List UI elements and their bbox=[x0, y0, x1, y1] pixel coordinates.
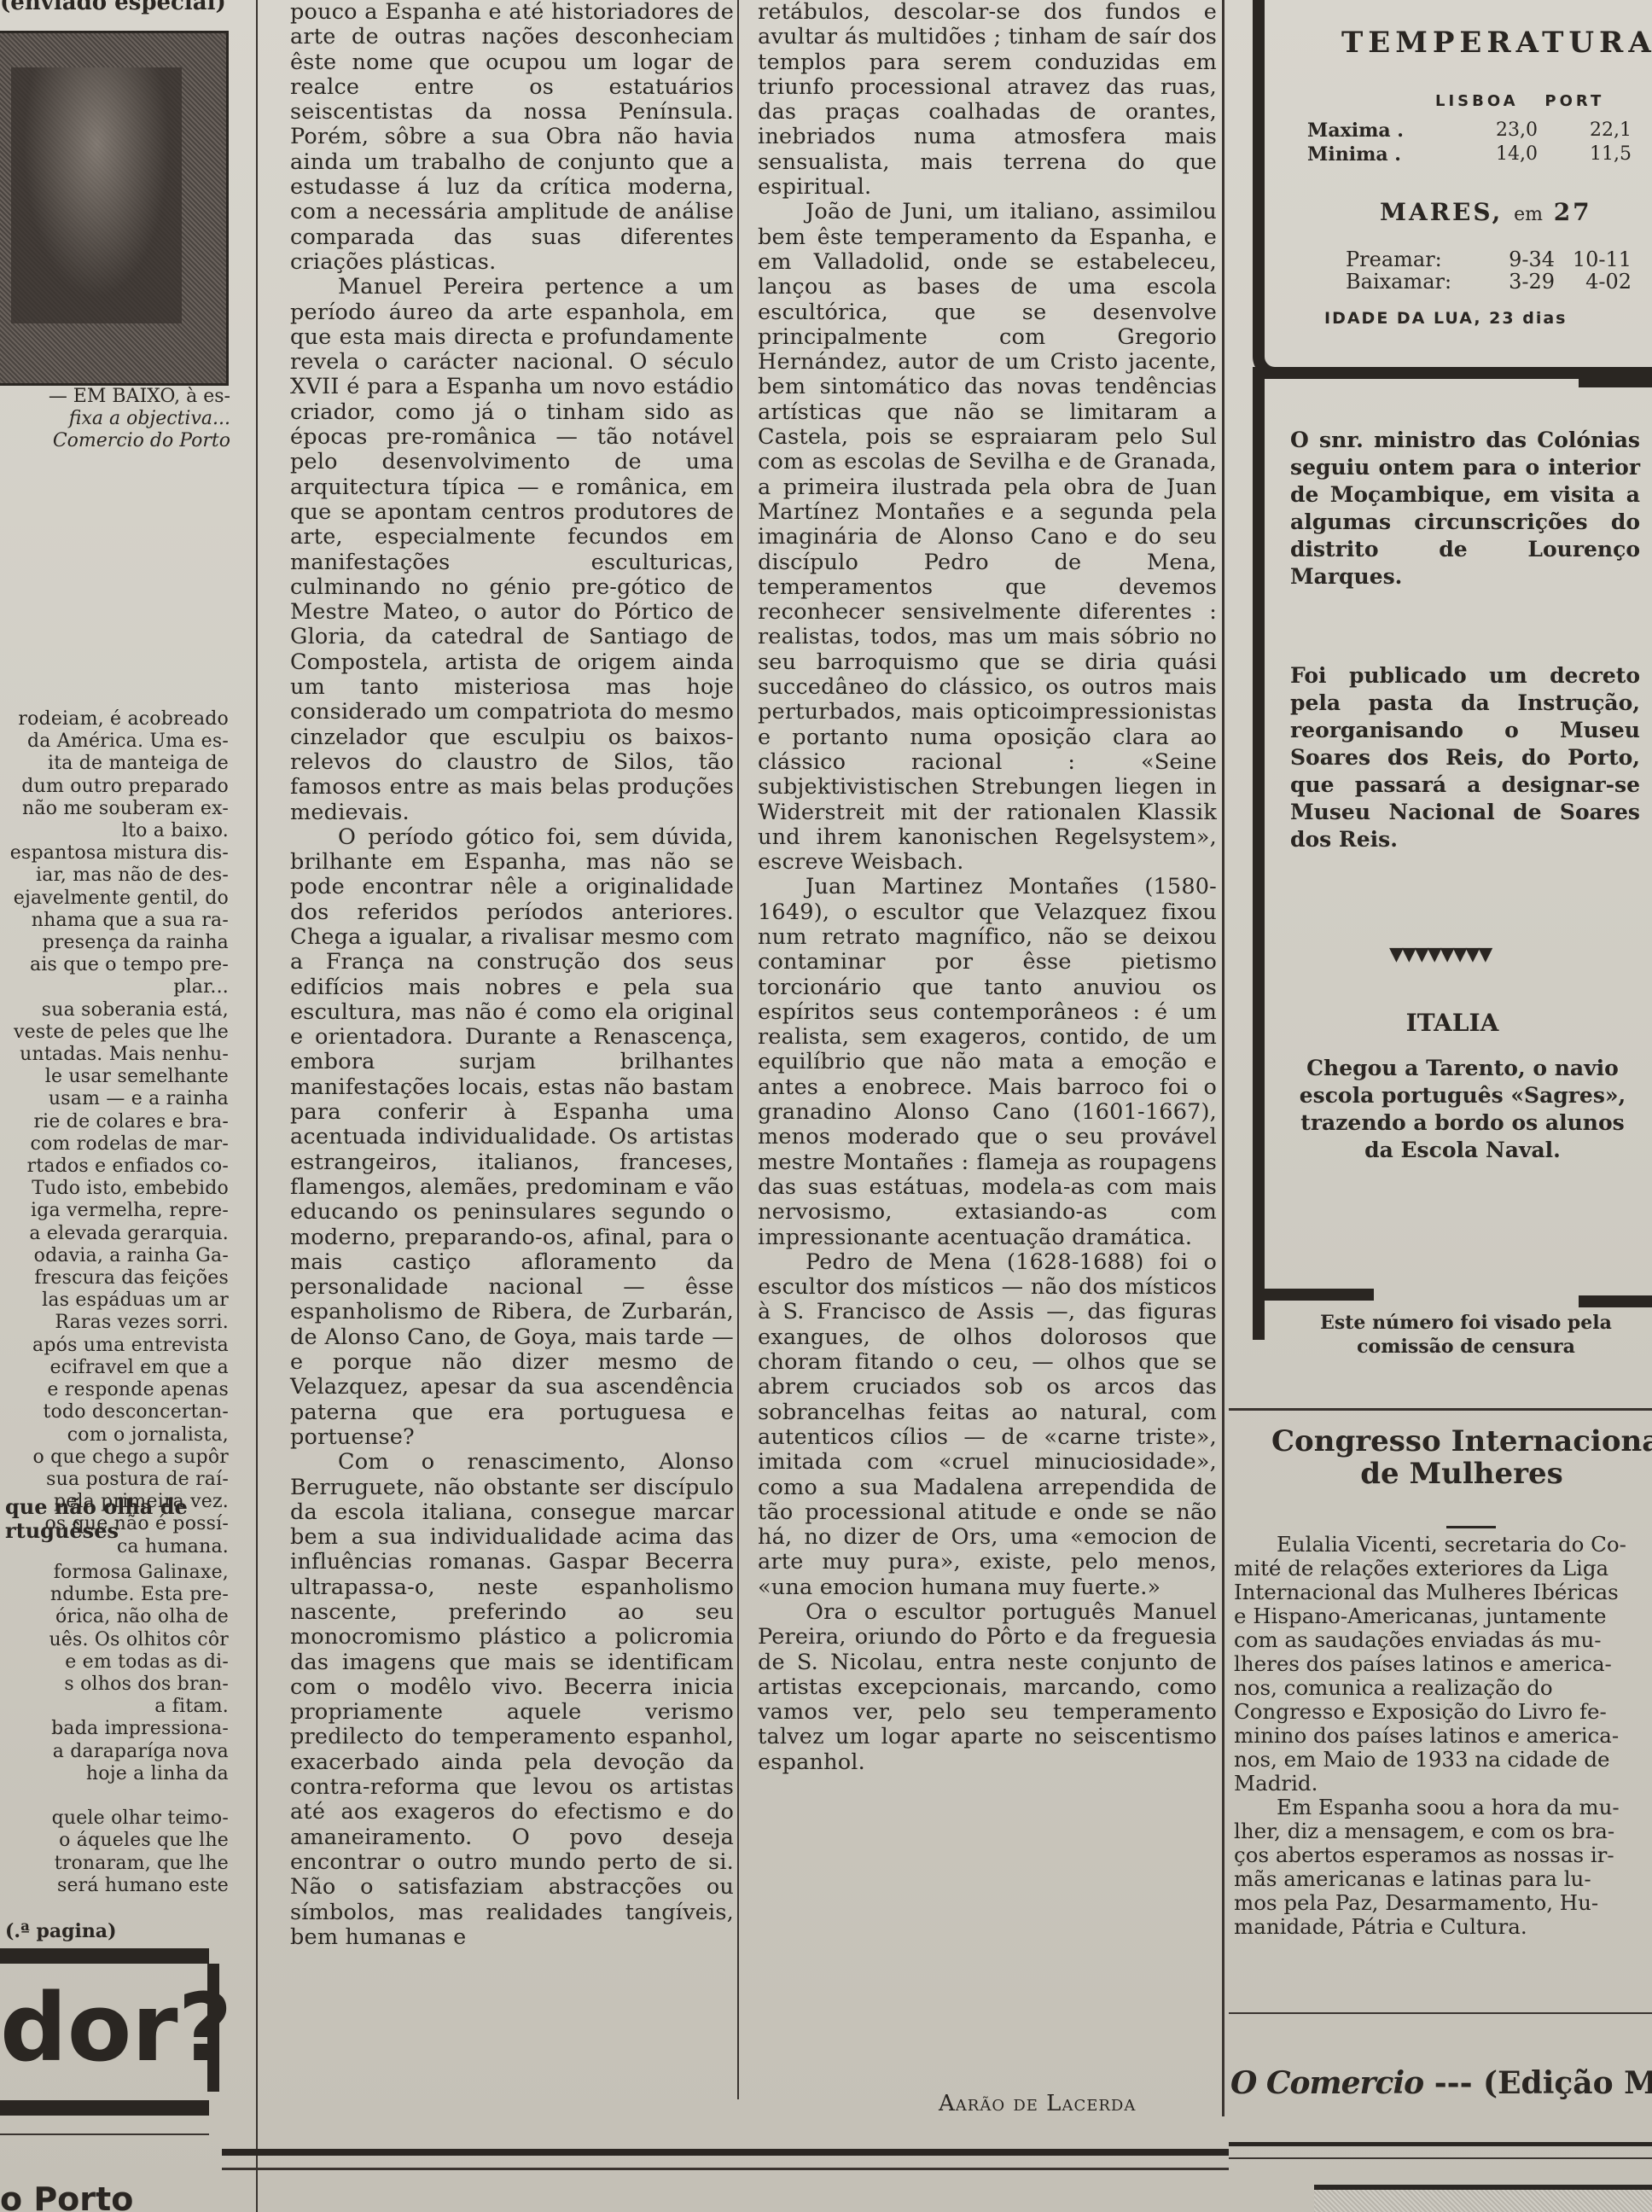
text-line: rie de colares e bra- bbox=[0, 1111, 229, 1133]
left-article-text-2: formosa Galinaxe,ndumbe. Esta pre-órica,… bbox=[0, 1562, 229, 1897]
text-line: dum outro preparado bbox=[0, 776, 229, 798]
text-line: com rodelas de mar- bbox=[0, 1133, 229, 1155]
text-line: sua postura de raí- bbox=[0, 1469, 229, 1491]
censorship-note: Este número foi visado pela comissão de … bbox=[1278, 1311, 1652, 1359]
text-line: lheres dos países latinos e america- bbox=[1234, 1652, 1652, 1676]
advertisement-box: dor? bbox=[0, 1948, 209, 2116]
text-line: iar, mas não de des- bbox=[0, 864, 229, 887]
continued-label: (.ª pagina) bbox=[5, 1920, 116, 1942]
divider bbox=[1229, 2012, 1652, 2014]
ad-bar bbox=[207, 1964, 219, 2092]
text-line: mité de relações exteriores da Liga bbox=[1234, 1557, 1652, 1580]
box-rule bbox=[1265, 367, 1374, 379]
text-line: mos pela Paz, Desarmamento, Hu- bbox=[1234, 1891, 1652, 1915]
photo-figure bbox=[11, 67, 182, 323]
text-line: não me souberam ex- bbox=[0, 798, 229, 820]
ornament-triangles: ▼▼▼▼▼▼▼▼ bbox=[1389, 944, 1491, 965]
weather-row-max: Maxima . 23,0 22,1 bbox=[1307, 119, 1632, 142]
paragraph: João de Juni, um italiano, assimilou bem… bbox=[758, 200, 1217, 875]
text-line: a fitam. bbox=[0, 1696, 229, 1718]
title-rule bbox=[1446, 1526, 1496, 1528]
text-line: mãs americanas e latinas para lu- bbox=[1234, 1867, 1652, 1891]
weather-cities: LISBOA PORT bbox=[1435, 92, 1604, 110]
text-line: com as saudações enviadas ás mu- bbox=[1234, 1628, 1652, 1652]
congresso-title: Congresso Internacional de Mulheres bbox=[1271, 1425, 1652, 1490]
text-line: e Hispano-Americanas, juntamente bbox=[1234, 1604, 1652, 1628]
tides-title: MARES, em 27 bbox=[1380, 198, 1592, 226]
divider bbox=[1229, 2157, 1652, 2159]
text-line: ecifravel em que a bbox=[0, 1357, 229, 1379]
moon-age: IDADE DA LUA, 23 dias bbox=[1324, 309, 1567, 328]
top-caption: (enviado especial) bbox=[0, 0, 226, 15]
text-line: Tudo isto, embebido bbox=[0, 1178, 229, 1200]
notice-ministro: O snr. ministro das Colónias seguiu onte… bbox=[1290, 427, 1640, 591]
photo-caption: — EM BAIXO, à es- fixa a objectiva... Co… bbox=[0, 386, 230, 452]
text-line: ejavelmente gentil, do bbox=[0, 888, 229, 910]
text-line: tronaram, que lhe bbox=[0, 1853, 229, 1875]
news-photo bbox=[0, 31, 229, 386]
text-line: untadas. Mais nenhu- bbox=[0, 1044, 229, 1066]
text-line: las espáduas um ar bbox=[0, 1289, 229, 1312]
text-line: ndumbe. Esta pre- bbox=[0, 1584, 229, 1606]
notice-decreto: Foi publicado um decreto pela pasta da I… bbox=[1290, 662, 1640, 853]
text-line: Em Espanha soou a hora da mu- bbox=[1234, 1796, 1652, 1819]
text-line: frescura das feições bbox=[0, 1267, 229, 1289]
text-line: plar... bbox=[0, 976, 229, 998]
box-rule bbox=[1579, 375, 1652, 387]
text-line: nos, em Maio de 1933 na cidade de bbox=[1234, 1748, 1652, 1772]
text-line: presença da rainha bbox=[0, 932, 229, 954]
divider bbox=[1229, 1408, 1652, 1411]
box-rule bbox=[1265, 1289, 1374, 1301]
text-line: odavia, a rainha Ga- bbox=[0, 1245, 229, 1267]
text-line: lher, diz a mensagem, e com os bra- bbox=[1234, 1819, 1652, 1843]
text-line: da América. Uma es- bbox=[0, 731, 229, 753]
text-line: Raras vezes sorri. bbox=[0, 1312, 229, 1334]
text-line: minino dos países latinos e america- bbox=[1234, 1724, 1652, 1748]
column-rule bbox=[1222, 0, 1224, 2116]
weather-box: TEMPERATURA LISBOA PORT Maxima . 23,0 22… bbox=[1253, 0, 1652, 379]
text-line: rodeiam, é acobreado bbox=[0, 708, 229, 731]
text-line: ais que o tempo pre- bbox=[0, 954, 229, 976]
masthead-footer: O Comercio --- (Edição Mensal bbox=[1230, 2065, 1652, 2101]
article-column-2: retábulos, descolar-se dos fundos e avul… bbox=[758, 0, 1217, 1775]
text-line: sua soberania está, bbox=[0, 999, 229, 1022]
congresso-body: Eulalia Vicenti, secretaria do Co-mité d… bbox=[1234, 1533, 1652, 1939]
text-line: a elevada gerarquia. bbox=[0, 1223, 229, 1245]
article-signature: Aarão de Lacerda bbox=[939, 2091, 1136, 2116]
text-line: rtados e enfiados co- bbox=[0, 1155, 229, 1178]
divider bbox=[222, 2168, 1229, 2170]
text-line: bada impressiona- bbox=[0, 1718, 229, 1740]
text-line: o áqueles que lhe bbox=[0, 1830, 229, 1852]
paragraph: Ora o escultor português Manuel Pereira,… bbox=[758, 1600, 1217, 1775]
text-line: hoje a linha da bbox=[0, 1763, 229, 1785]
notice-italia: Chegou a Tarento, o navio escola portugu… bbox=[1283, 1055, 1642, 1164]
text-line: todo desconcertan- bbox=[0, 1401, 229, 1423]
text-line: será humano este bbox=[0, 1875, 229, 1897]
text-line: espantosa mistura dis- bbox=[0, 842, 229, 864]
text-line: a daraparíga nova bbox=[0, 1741, 229, 1763]
left-subheading: que não olha de rtuguêses bbox=[5, 1495, 229, 1543]
text-line: usam — e a rainha bbox=[0, 1088, 229, 1110]
article-column-1: pouco a Espanha e até historiadores de a… bbox=[290, 0, 734, 1950]
text-line: Madrid. bbox=[1234, 1772, 1652, 1796]
divider bbox=[1229, 2142, 1652, 2146]
text-line: Eulalia Vicenti, secretaria do Co- bbox=[1234, 1533, 1652, 1557]
paragraph: pouco a Espanha e até historiadores de a… bbox=[290, 0, 734, 275]
newspaper-page: (enviado especial) — EM BAIXO, à es- fix… bbox=[0, 0, 1652, 2212]
text-line: formosa Galinaxe, bbox=[0, 1562, 229, 1584]
text-line: veste de peles que lhe bbox=[0, 1022, 229, 1044]
left-article-text: rodeiam, é acobreadoda América. Uma es-i… bbox=[0, 708, 229, 1558]
text-line: Congresso e Exposição do Livro fe- bbox=[1234, 1700, 1652, 1724]
column-rule bbox=[737, 0, 739, 2099]
text-line: nhama que a sua ra- bbox=[0, 910, 229, 932]
tide-row-low: Baixamar: 3-29 4-02 bbox=[1346, 270, 1632, 294]
text-line: com o jornalista, bbox=[0, 1424, 229, 1447]
text-line: e responde apenas bbox=[0, 1379, 229, 1401]
text-line: ita de manteiga de bbox=[0, 753, 229, 775]
text-line: uês. Os olhitos côr bbox=[0, 1629, 229, 1651]
paragraph: Pedro de Mena (1628-1688) foi o escultor… bbox=[758, 1250, 1217, 1600]
text-line: órica, não olha de bbox=[0, 1606, 229, 1628]
ad-text: dor? bbox=[0, 1972, 232, 2083]
text-line: e em todas as di- bbox=[0, 1651, 229, 1674]
text-line: o que chego a supôr bbox=[0, 1447, 229, 1469]
text-line bbox=[0, 1785, 229, 1807]
text-line: s olhos dos bran- bbox=[0, 1674, 229, 1696]
text-line: le usar semelhante bbox=[0, 1066, 229, 1088]
paragraph: Com o renascimento, Alonso Berruguete, n… bbox=[290, 1450, 734, 1950]
paragraph: Manuel Pereira pertence a um período áur… bbox=[290, 275, 734, 825]
paragraph: retábulos, descolar-se dos fundos e avul… bbox=[758, 0, 1217, 200]
text-line: Internacional das Mulheres Ibéricas bbox=[1234, 1580, 1652, 1604]
weather-title: TEMPERATURA bbox=[1341, 26, 1652, 60]
divider bbox=[0, 2133, 209, 2135]
bottom-label: o Porto bbox=[0, 2180, 133, 2212]
box-rule bbox=[1579, 1295, 1652, 1307]
text-line: nos, comunica a realização do bbox=[1234, 1676, 1652, 1700]
italia-heading: ITALIA bbox=[1253, 1009, 1652, 1037]
weather-row-min: Minima . 14,0 11,5 bbox=[1307, 143, 1632, 166]
paragraph: O período gótico foi, sem dúvida, brilha… bbox=[290, 825, 734, 1450]
text-line: lto a baixo. bbox=[0, 820, 229, 842]
tide-row-high: Preamar: 9-34 10-11 bbox=[1346, 247, 1632, 271]
masthead-logo: O Comercio bbox=[1230, 2065, 1423, 2101]
text-line: após uma entrevista bbox=[0, 1335, 229, 1357]
divider bbox=[222, 2149, 1229, 2156]
column-rule bbox=[256, 0, 258, 2212]
text-line: quele olhar teimo- bbox=[0, 1807, 229, 1830]
text-line: ços abertos esperamos as nossas ir- bbox=[1234, 1843, 1652, 1867]
paragraph: Juan Martinez Montañes (1580-1649), o es… bbox=[758, 875, 1217, 1249]
text-line: iga vermelha, repre- bbox=[0, 1200, 229, 1222]
text-line: manidade, Pátria e Cultura. bbox=[1234, 1915, 1652, 1939]
hatched-box bbox=[1314, 2185, 1652, 2212]
